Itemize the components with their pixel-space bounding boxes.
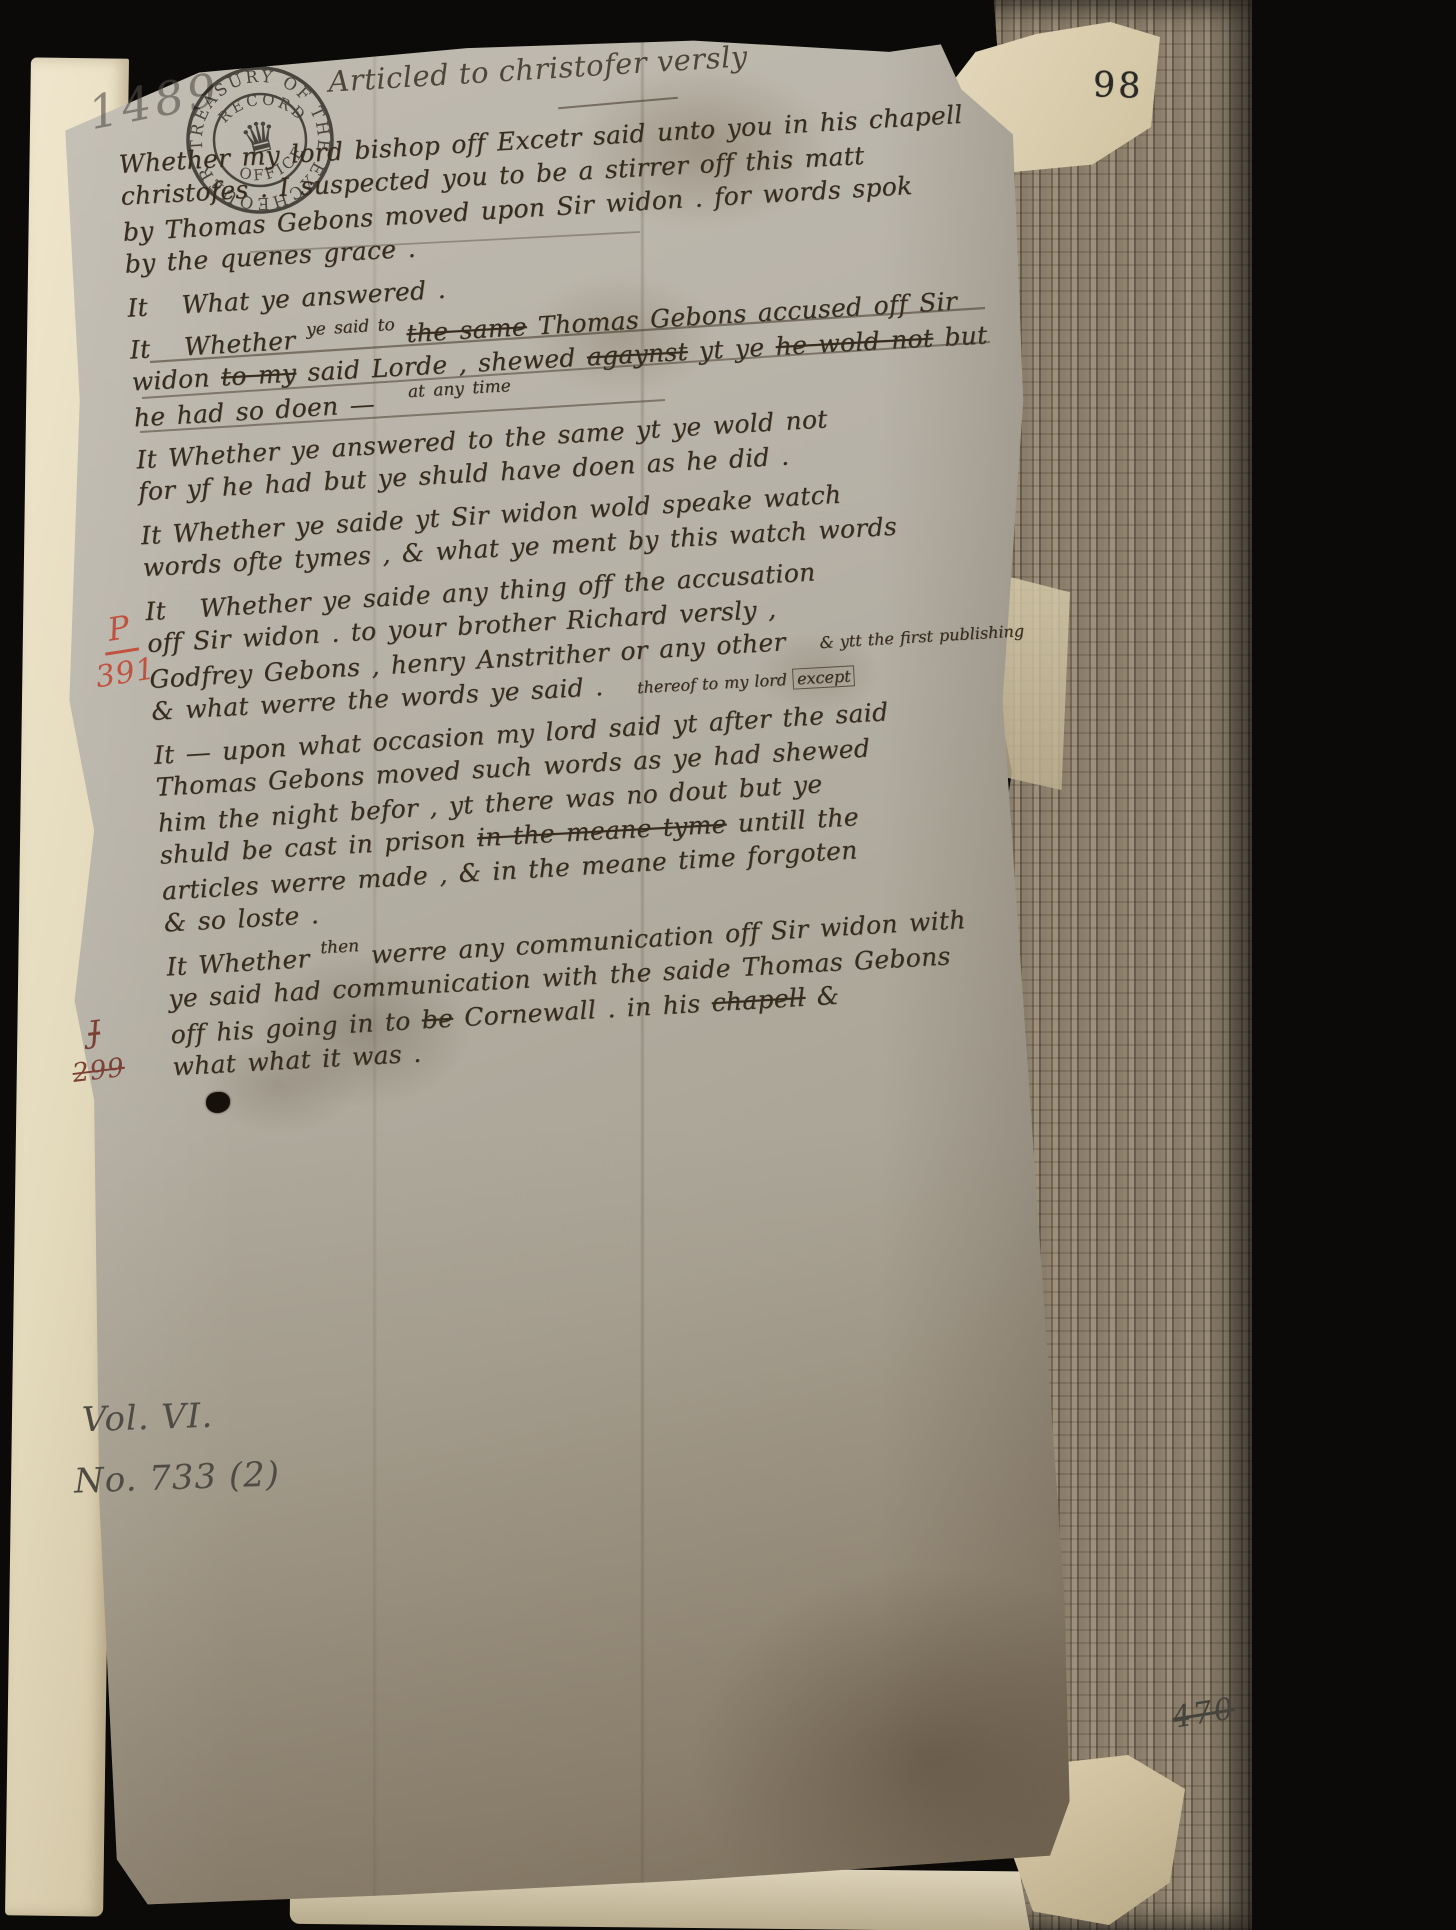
cancelled-shelfmark-letter: J [66, 1015, 122, 1051]
number-label: No. 733 (2) [73, 1454, 280, 1501]
red-shelfmark: P 391 [86, 608, 158, 693]
stamped-page-number: 98 [1092, 65, 1144, 107]
cancelled-shelfmark-number: 299 [71, 1055, 126, 1087]
manuscript-text: Whether my lord bishop off Excetr said u… [118, 94, 1113, 1096]
cancelled-shelfmark: J 299 [66, 1015, 126, 1087]
manuscript-photo: 1489 TREASURY OF THE EXCHEQUER RECORD OF… [0, 0, 1456, 1930]
volume-label: Vol. VI. [81, 1396, 214, 1441]
